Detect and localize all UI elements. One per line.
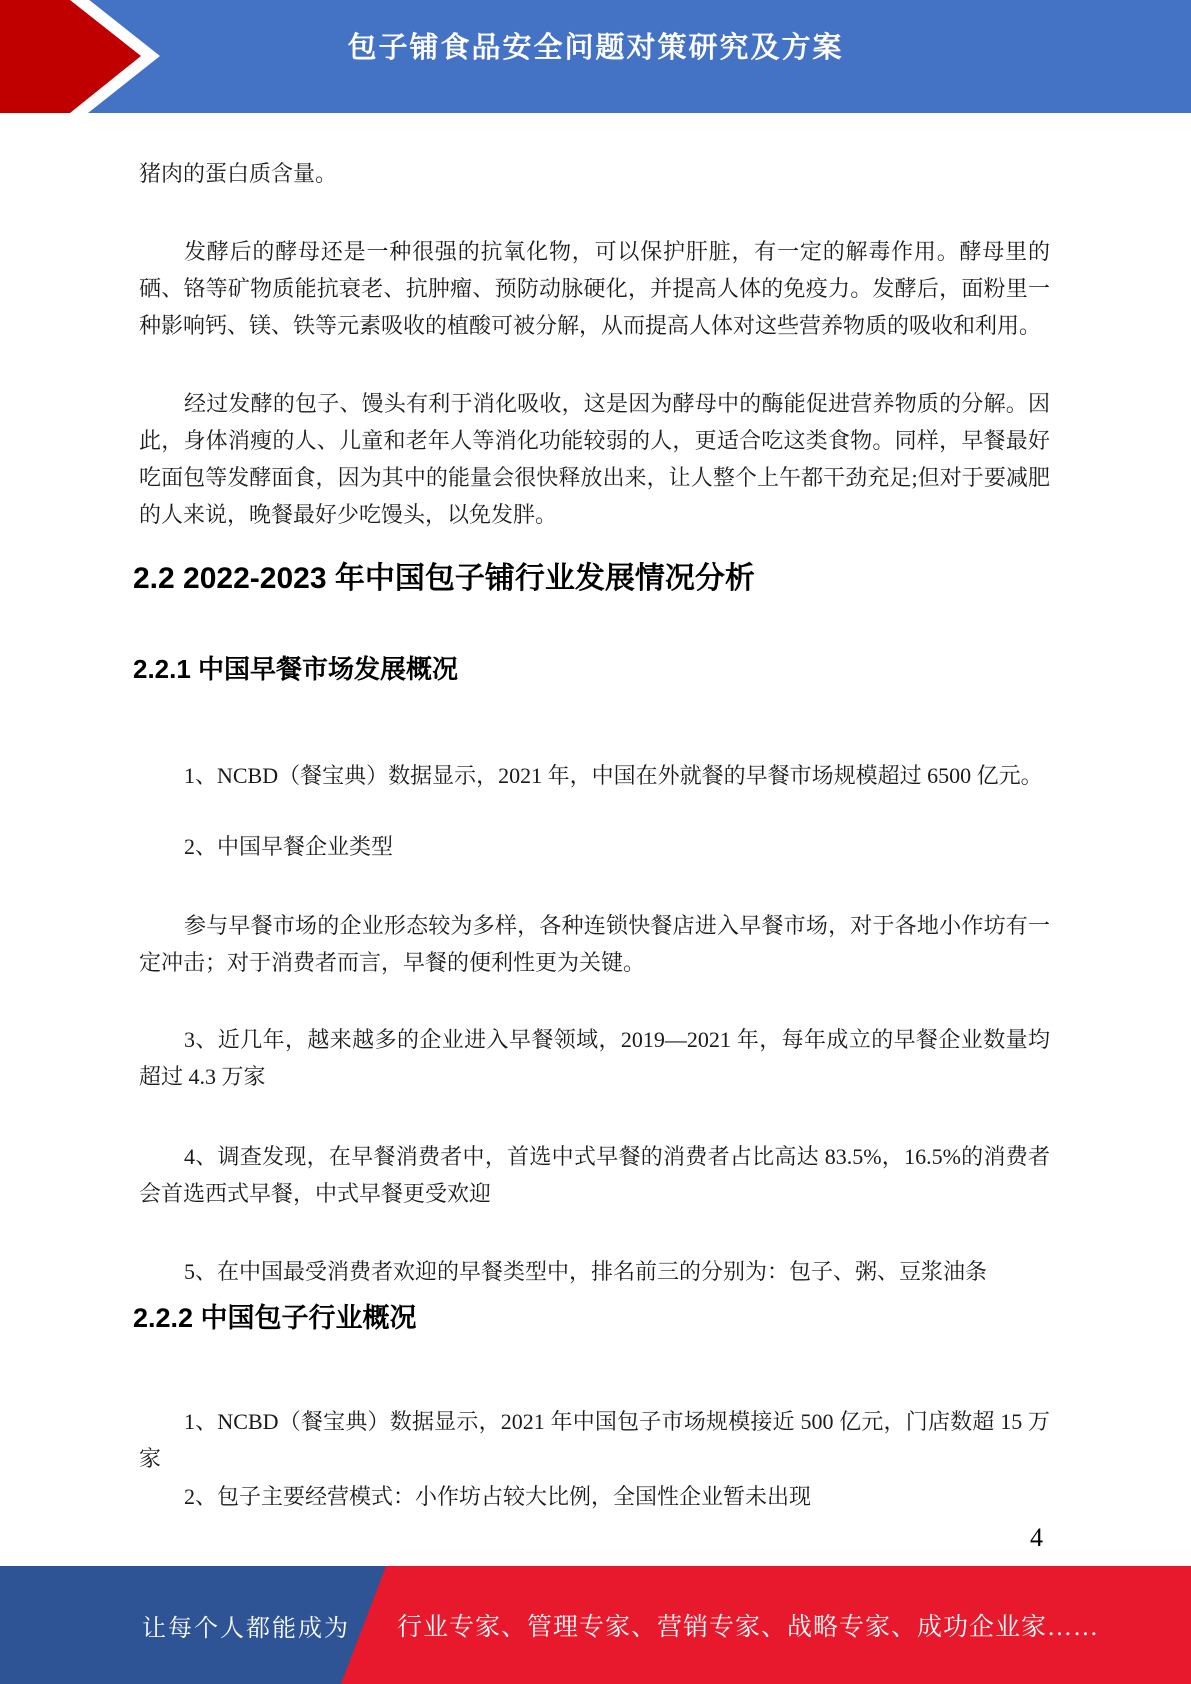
section-heading-2-2: 2.2 2022-2023 年中国包子铺行业发展情况分析: [133, 559, 1053, 599]
paragraph: 猪肉的蛋白质含量。: [139, 155, 1050, 192]
numbered-item: 3、近几年，越来越多的企业进入早餐领域，2019—2021 年，每年成立的早餐企…: [139, 1021, 1050, 1095]
numbered-item: 1、NCBD（餐宝典）数据显示，2021 年，中国在外就餐的早餐市场规模超过 6…: [139, 757, 1050, 794]
paragraph: 发酵后的酵母还是一种很强的抗氧化物，可以保护肝脏，有一定的解毒作用。酵母里的硒、…: [139, 233, 1050, 344]
document-page: 包子铺食品安全问题对策研究及方案 猪肉的蛋白质含量。 发酵后的酵母还是一种很强的…: [0, 0, 1191, 1684]
footer-slogan-right: 行业专家、管理专家、营销专家、战略专家、成功企业家……: [397, 1566, 1099, 1684]
numbered-item: 1、NCBD（餐宝典）数据显示，2021 年中国包子市场规模接近 500 亿元，…: [139, 1403, 1050, 1477]
numbered-item: 2、中国早餐企业类型: [139, 828, 1050, 865]
section-heading-2-2-2: 2.2.2 中国包子行业概况: [133, 1300, 1053, 1337]
numbered-item: 5、在中国最受消费者欢迎的早餐类型中，排名前三的分别为：包子、粥、豆浆油条: [139, 1253, 1050, 1290]
numbered-item: 2、包子主要经营模式：小作坊占较大比例，全国性企业暂未出现: [139, 1478, 1050, 1515]
page-number: 4: [1030, 1523, 1043, 1553]
page-header-banner: 包子铺食品安全问题对策研究及方案: [0, 0, 1191, 113]
paragraph: 经过发酵的包子、馒头有利于消化吸收，这是因为酵母中的酶能促进营养物质的分解。因此…: [139, 385, 1050, 533]
page-footer-banner: 让每个人都能成为 行业专家、管理专家、营销专家、战略专家、成功企业家……: [0, 1566, 1191, 1684]
document-title: 包子铺食品安全问题对策研究及方案: [0, 28, 1191, 68]
numbered-item: 4、调查发现，在早餐消费者中，首选中式早餐的消费者占比高达 83.5%，16.5…: [139, 1138, 1050, 1212]
footer-slogan-left: 让每个人都能成为: [142, 1566, 350, 1684]
paragraph: 参与早餐市场的企业形态较为多样，各种连锁快餐店进入早餐市场，对于各地小作坊有一定…: [139, 907, 1050, 981]
section-heading-2-2-1: 2.2.1 中国早餐市场发展概况: [133, 651, 1053, 687]
